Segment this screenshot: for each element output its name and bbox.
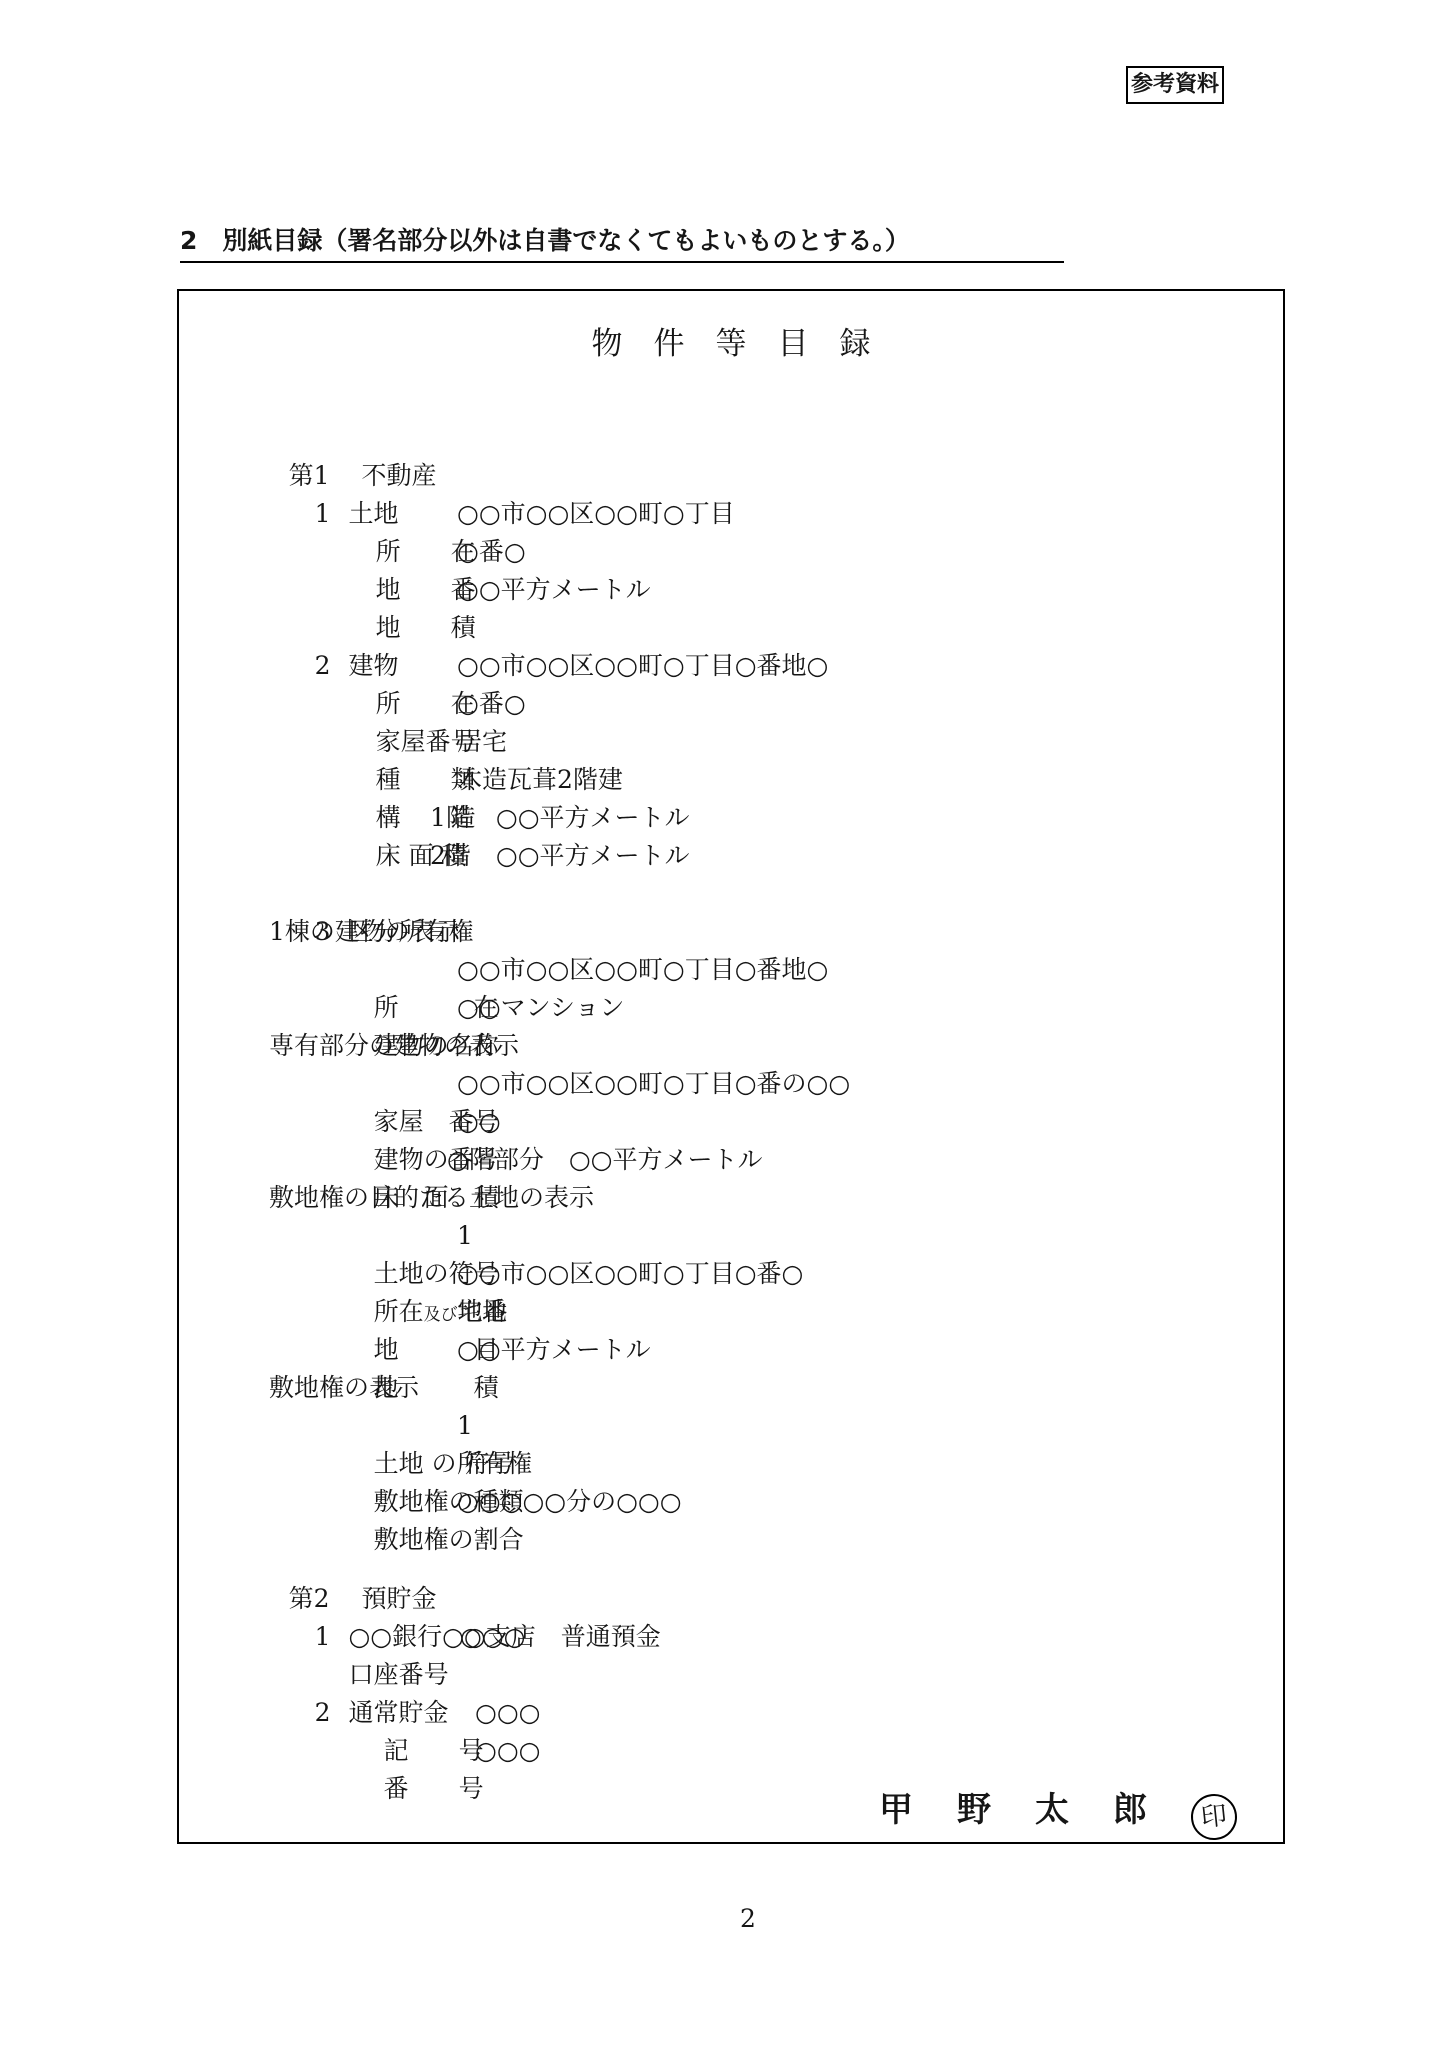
- subsection-header: 1棟の建物の表示: [179, 913, 1283, 951]
- document-body: 第1不動産 1土地 所 在○○市○○区○○町○丁目 地 番○番○ 地 積○○平方…: [179, 419, 1283, 1835]
- field-row: 所 在○○市○○区○○町○丁目○番地○: [179, 951, 1283, 989]
- field-row: 敷地権の種類所有権: [179, 1445, 1283, 1483]
- field-row: 記 号○○○: [179, 1694, 1283, 1732]
- field-value: 1階 ○○平方メートル: [430, 799, 690, 837]
- signature-line: 甲野太郎印: [179, 1787, 1283, 1835]
- field-row: 敷地権の割合○○○○○分の○○○: [179, 1483, 1283, 1521]
- field-value: ○○マンション: [457, 989, 625, 1027]
- document-page: 参考資料 2 別紙目録（署名部分以外は自書でなくてもよいものとする。） 物 件 …: [0, 0, 1448, 2048]
- field-row: 所 在○○市○○区○○町○丁目: [179, 495, 1283, 533]
- field-row: 2階 ○○平方メートル: [179, 837, 1283, 875]
- field-row: 構 造木造瓦葺2階建: [179, 761, 1283, 799]
- reference-material-label: 参考資料: [1126, 66, 1224, 104]
- spacer: [179, 1521, 1283, 1542]
- field-row: 地 番○番○: [179, 533, 1283, 571]
- field-value: ○○平方メートル: [457, 571, 651, 609]
- field-value: ○○市○○区○○町○丁目: [457, 495, 735, 533]
- field-value: 所有権: [457, 1445, 532, 1483]
- field-row: 所 在○○市○○区○○町○丁目○番地○: [179, 647, 1283, 685]
- field-row: 建物の名称○○マンション: [179, 989, 1283, 1027]
- page-number: 2: [740, 1904, 756, 1933]
- item-header: 2通常貯金: [179, 1656, 1283, 1694]
- field-value: ○番○: [457, 533, 526, 571]
- field-value: ○○: [457, 1103, 501, 1141]
- field-row: 種 類居宅: [179, 723, 1283, 761]
- field-value: ○番○: [457, 685, 526, 723]
- field-value: 木造瓦葺2階建: [457, 761, 623, 799]
- signature-name: 甲野太郎: [879, 1790, 1191, 1830]
- field-value: ○○市○○区○○町○丁目○番地○: [457, 647, 828, 685]
- field-value: ○○○○○分の○○○: [457, 1483, 682, 1521]
- section-header: 第1不動産: [179, 419, 1283, 457]
- field-value: ○○平方メートル: [457, 1331, 651, 1369]
- subsection-header: 敷地権の表示: [179, 1369, 1283, 1407]
- field-value: ○○○: [460, 1618, 525, 1656]
- item-header: 2建物: [179, 609, 1283, 647]
- field-row: 床 面 積1階 ○○平方メートル: [179, 799, 1283, 837]
- field-value: 宅地: [457, 1293, 507, 1331]
- field-value: ○階部分 ○○平方メートル: [447, 1141, 762, 1179]
- field-row: 土地の符号1: [179, 1217, 1283, 1255]
- field-value: ○○○: [475, 1694, 540, 1732]
- field-value: ○○○: [475, 1732, 540, 1770]
- field-row: 所在及び地番○○市○○区○○町○丁目○番○: [179, 1255, 1283, 1293]
- field-row: 建物の番号○○: [179, 1103, 1283, 1141]
- field-value: 2階 ○○平方メートル: [430, 837, 690, 875]
- field-row: 番 号○○○: [179, 1732, 1283, 1770]
- field-value: 居宅: [457, 723, 507, 761]
- section-header: 第2預貯金: [179, 1542, 1283, 1580]
- field-value: ○○市○○区○○町○丁目○番○: [457, 1255, 803, 1293]
- field-value: 1: [457, 1407, 473, 1445]
- seal-stamp-icon: 印: [1189, 1791, 1240, 1842]
- signature: 甲野太郎印: [879, 1787, 1237, 1840]
- field-value: ○○市○○区○○町○丁目○番地○: [457, 951, 828, 989]
- item-header: 1○○銀行○○支店 普通預金: [179, 1580, 1283, 1618]
- page-heading: 2 別紙目録（署名部分以外は自書でなくてもよいものとする。）: [180, 226, 1064, 263]
- item-header: 1土地: [179, 457, 1283, 495]
- field-value: 1: [457, 1217, 473, 1255]
- field-row: 家屋 番号○○市○○区○○町○丁目○番の○○: [179, 1065, 1283, 1103]
- field-row: 土地 の 符号1: [179, 1407, 1283, 1445]
- property-list-box: 物 件 等 目 録 第1不動産 1土地 所 在○○市○○区○○町○丁目 地 番○…: [177, 289, 1285, 1844]
- subsection-header: 専有部分の建物の表示: [179, 1027, 1283, 1065]
- field-row: 口座番号○○○: [179, 1618, 1283, 1656]
- field-row: 地 目宅地: [179, 1293, 1283, 1331]
- field-row: 床 面 積○階部分 ○○平方メートル: [179, 1141, 1283, 1179]
- document-title: 物 件 等 目 録: [179, 323, 1283, 365]
- item-header: 3区分所有権: [179, 875, 1283, 913]
- field-row: 家屋番号○番○: [179, 685, 1283, 723]
- field-row: 地 積○○平方メートル: [179, 571, 1283, 609]
- field-row: 地 積○○平方メートル: [179, 1331, 1283, 1369]
- field-value: ○○市○○区○○町○丁目○番の○○: [457, 1065, 850, 1103]
- subsection-header: 敷地権の目的たる土地の表示: [179, 1179, 1283, 1217]
